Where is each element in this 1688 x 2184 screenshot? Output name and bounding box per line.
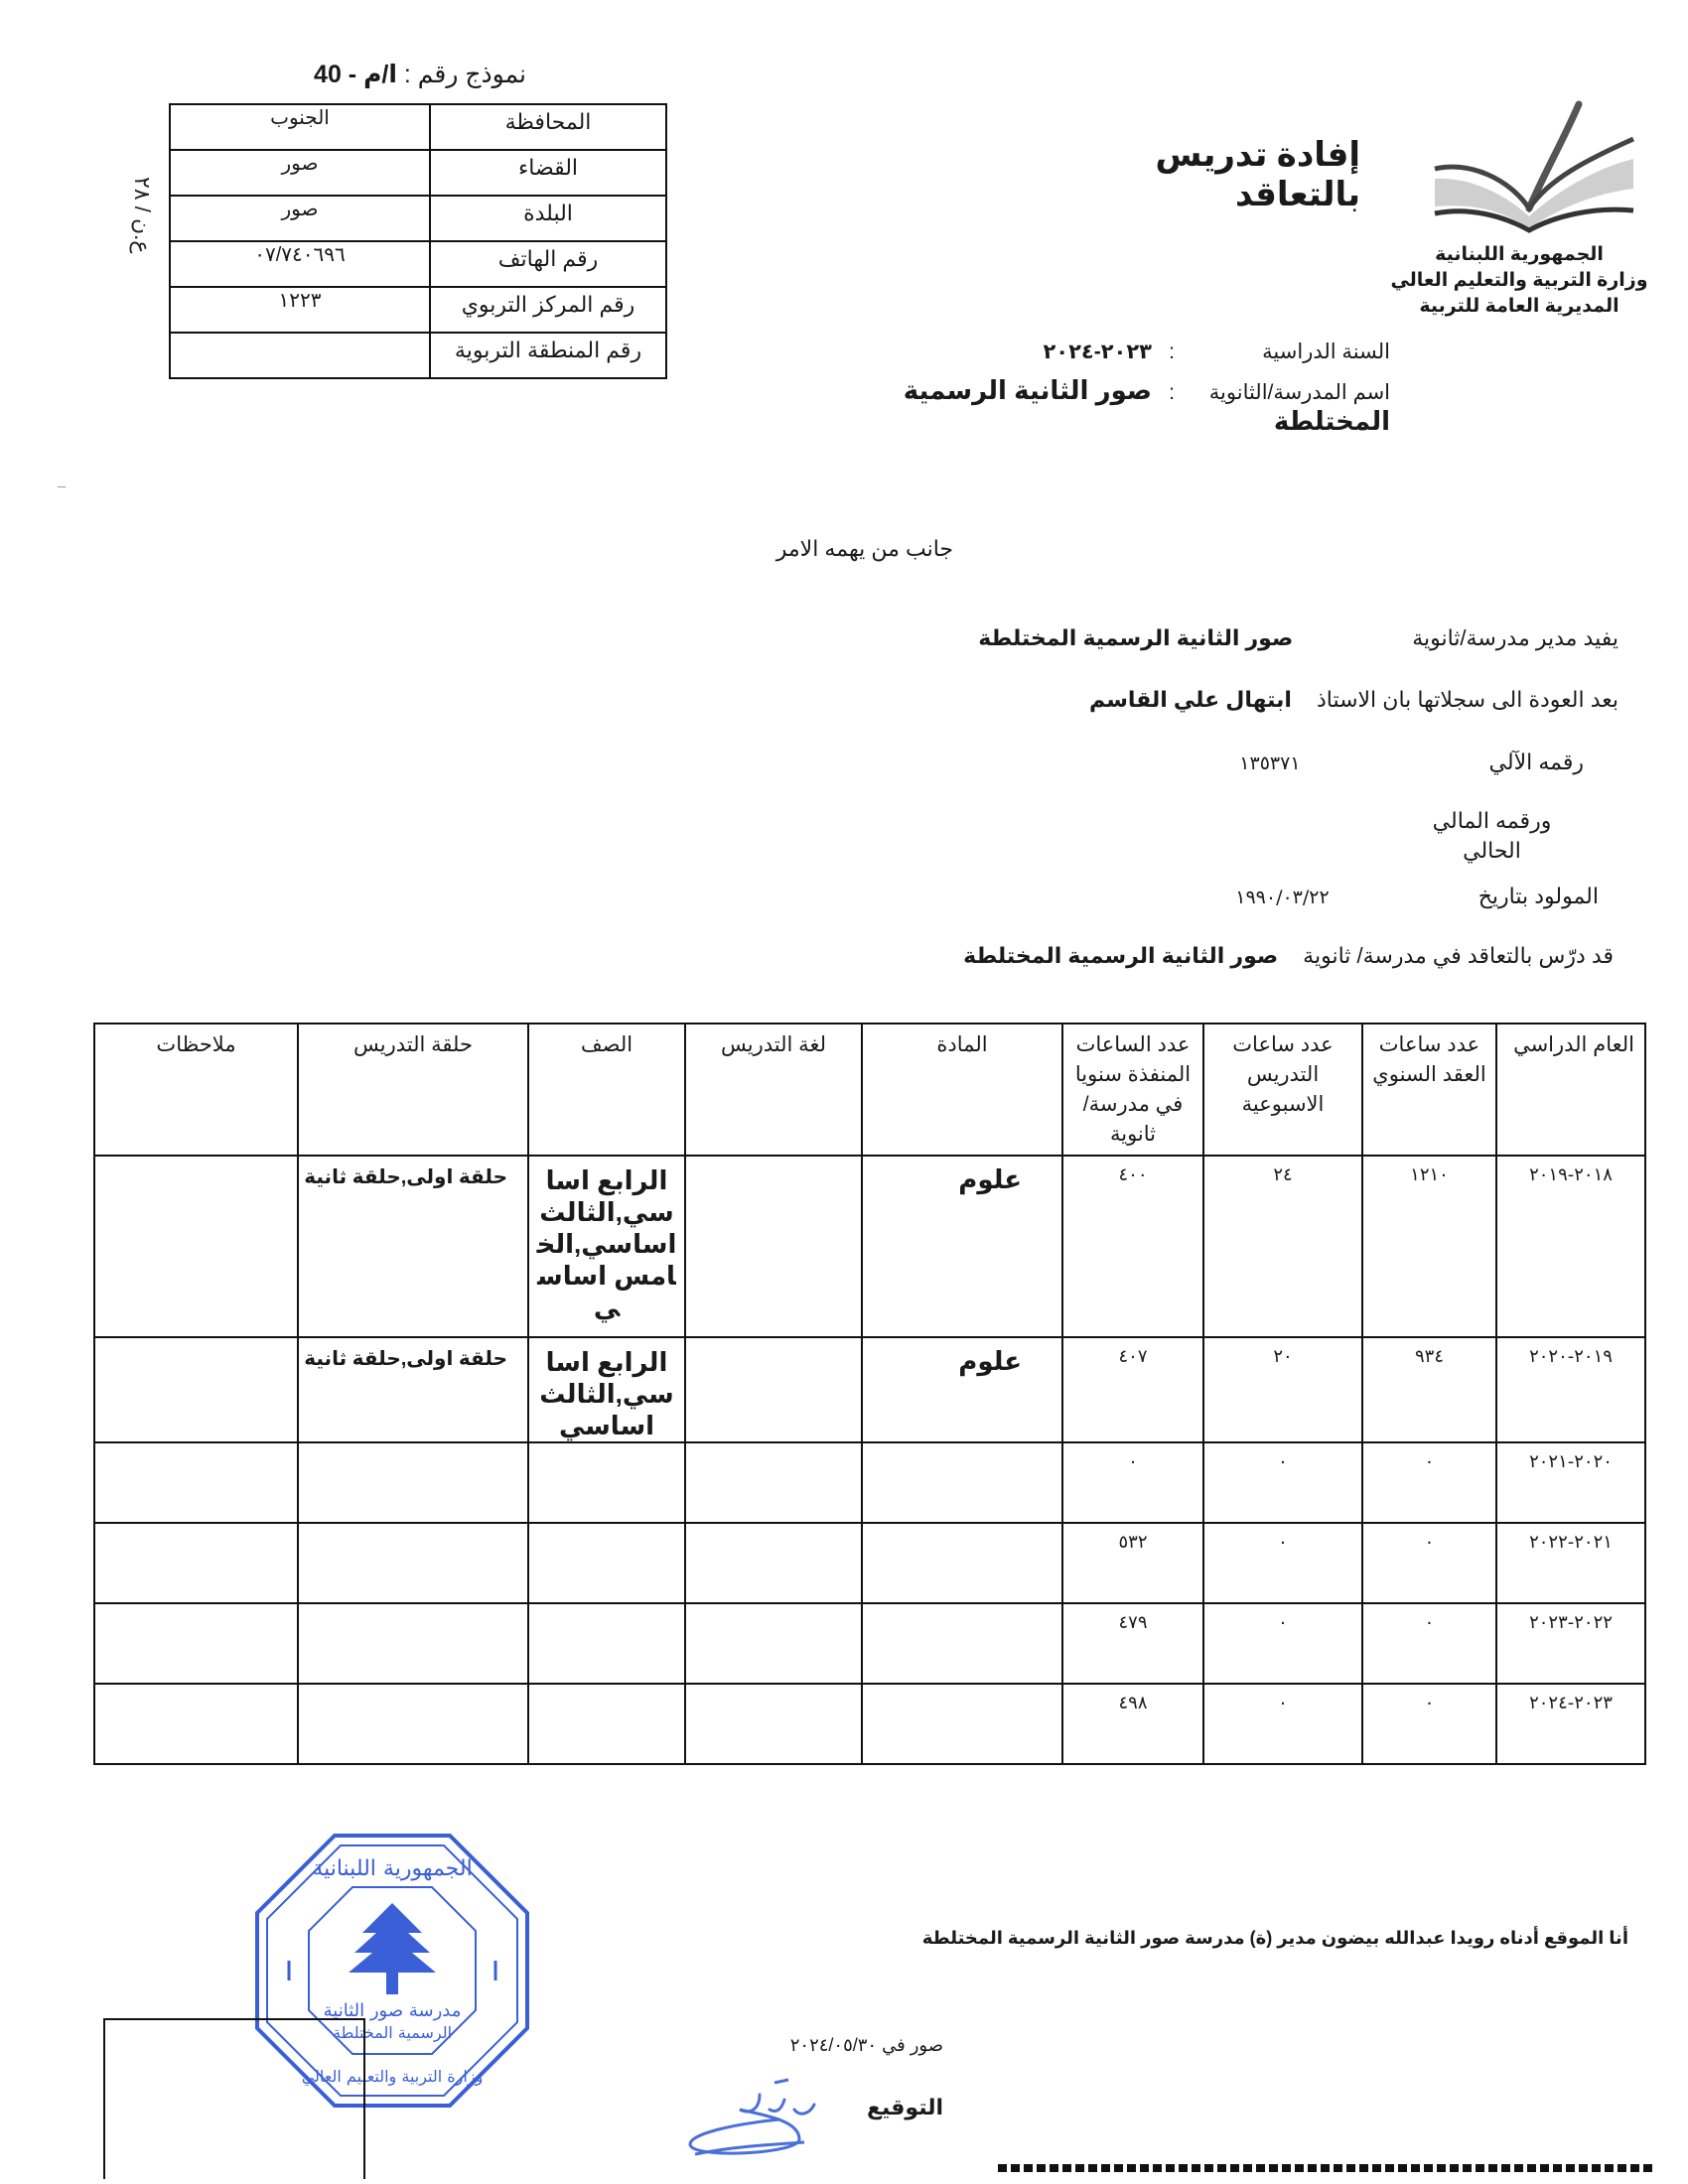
table-row: ٢٠٢٢-٢٠٢٣ ٠ ٠ ٤٧٩ <box>94 1603 1645 1684</box>
cedar-tree-icon <box>349 1903 436 1994</box>
info-row: رقم المركز التربوي ١٢٢٣ <box>170 287 666 333</box>
auto-number-value: ١٣٥٣٧١ <box>1239 752 1300 774</box>
table-row: ٢٠٢٣-٢٠٢٤ ٠ ٠ ٤٩٨ <box>94 1684 1645 1764</box>
auto-number-row: رقمه الآلي١٣٥٣٧١ <box>1092 750 1584 775</box>
birth-date-value: ١٩٩٠/٠٣/٢٢ <box>1235 887 1329 908</box>
document-title: إفادة تدريس بالتعاقد <box>1033 135 1360 214</box>
empty-frame <box>103 2018 365 2179</box>
info-row: رقم المنطقة التربوية <box>170 333 666 378</box>
director-line: يفيد مدير مدرسة/ثانويةصور الثانية الرسمي… <box>894 625 1618 651</box>
teacher-name: ابتهال علي القاسم <box>1089 687 1292 712</box>
header-cycle: حلقة التدريس <box>298 1024 528 1156</box>
financial-number-label: ورقمه المالي الحالي <box>1390 806 1594 866</box>
table-row: ٢٠١٨-٢٠١٩ ١٢١٠ ٢٤ ٤٠٠ علوم الرابع اساسي,… <box>94 1156 1645 1337</box>
header-language: لغة التدريس <box>685 1024 862 1156</box>
info-row: القضاء صور <box>170 150 666 196</box>
table-row: ٢٠٢٠-٢٠٢١ ٠ ٠ ٠ <box>94 1442 1645 1523</box>
academic-year-value: ٢٠٢٣-٢٠٢٤ <box>1043 341 1152 363</box>
header-academic-year: العام الدراسي <box>1496 1024 1645 1156</box>
table-row: ٢٠٢١-٢٠٢٢ ٠ ٠ ٥٣٢ <box>94 1523 1645 1603</box>
academic-year-row: السنة الدراسية:٢٠٢٣-٢٠٢٤ <box>854 340 1390 364</box>
school-name-row: اسم المدرسة/الثانوية:صور الثانية الرسمية… <box>794 375 1390 437</box>
teaching-history-table: العام الدراسي عدد ساعات العقد السنوي عدد… <box>93 1023 1646 1765</box>
handwritten-signature-icon <box>655 2075 854 2164</box>
header-weekly-hours: عدد ساعات التدريس الاسبوعية <box>1203 1024 1362 1156</box>
salutation: جانب من يهمه الامر <box>695 536 953 562</box>
form-number-label: نموذج رقم <box>418 61 526 88</box>
form-number: نموذج رقم : ا/م - 40 <box>288 60 526 89</box>
header-subject: المادة <box>862 1024 1062 1156</box>
birth-date-row: المولود بتاريخ١٩٩٠/٠٣/٢٢ <box>1092 884 1599 909</box>
info-row: رقم الهاتف ٠٧/٧٤٠٦٩٦ <box>170 241 666 287</box>
info-row: البلدة صور <box>170 196 666 241</box>
header-grade: الصف <box>528 1024 685 1156</box>
open-book-quill-icon <box>1430 99 1638 238</box>
svg-text:الجمهورية اللبنانية: الجمهورية اللبنانية <box>312 1856 472 1881</box>
taught-at-row: قد درّس بالتعاقد في مدرسة/ ثانويةصور الث… <box>894 943 1614 969</box>
header-executed-hours: عدد الساعات المنفذة سنويا في مدرسة/ثانوي… <box>1062 1024 1203 1156</box>
header-notes: ملاحظات <box>94 1024 298 1156</box>
table-header-row: العام الدراسي عدد ساعات العقد السنوي عدد… <box>94 1024 1645 1156</box>
teacher-line: بعد العودة الى سجلاتها بان الاستاذابتهال… <box>894 687 1618 713</box>
place-and-date: صور في ٢٠٢٤/٠٥/٣٠ <box>645 2035 943 2056</box>
handwritten-margin-note: ع.ن / ٢٨ <box>129 177 155 253</box>
ministry-name: الجمهورية اللبنانية وزارة التربية والتعل… <box>1390 242 1648 320</box>
location-info-table: المحافظة الجنوب القضاء صور البلدة صور رق… <box>169 103 667 379</box>
scan-footer-marks <box>998 2164 1653 2172</box>
header-contract-hours: عدد ساعات العقد السنوي <box>1362 1024 1496 1156</box>
info-row: المحافظة الجنوب <box>170 104 666 150</box>
scan-mark <box>58 486 66 487</box>
declaration-text: أنا الموقع أدناه رويدا عبدالله بيضون مدي… <box>695 1928 1628 1949</box>
table-row: ٢٠١٩-٢٠٢٠ ٩٣٤ ٢٠ ٤٠٧ علوم الرابع اساسي,ا… <box>94 1337 1645 1442</box>
form-number-value: ا/م - 40 <box>314 61 397 88</box>
